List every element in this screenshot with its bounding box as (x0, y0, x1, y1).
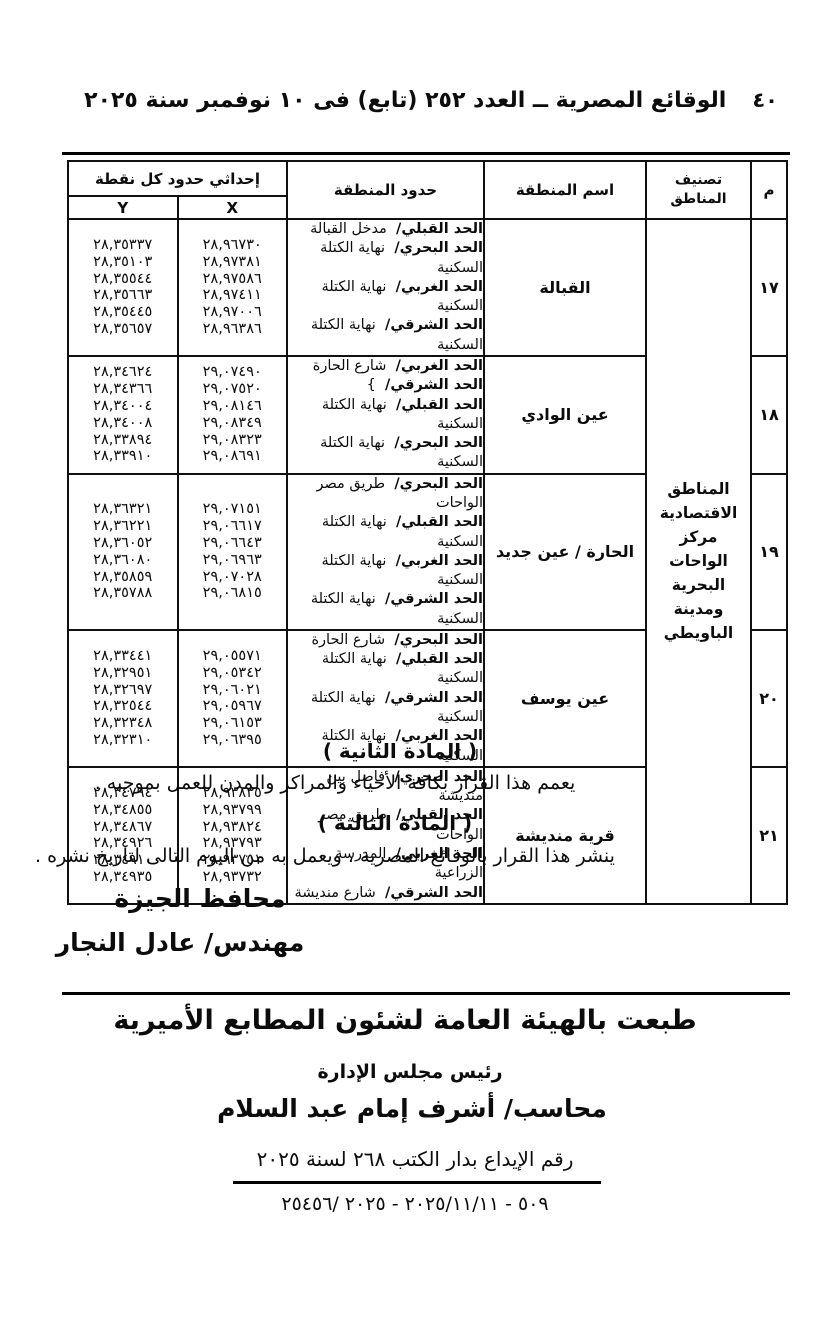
y-coordinate-value: ٢٨,٣٥٧٨٨ (69, 585, 177, 602)
boundaries-cell: الحد الغربي/ شارع الحارةالحد الشرقي/ }ال… (287, 356, 484, 474)
x-coordinate-value: ٢٩,٠٦٨١٥ (179, 585, 287, 602)
boundary-line: الحد الغربي/ نهاية الكتلة السكنية (288, 552, 483, 591)
boundary-label: الحد الشرقي/ (385, 317, 483, 333)
y-coordinate-value: ٢٨,٣٣٨٩٤ (69, 432, 177, 449)
x-coordinate-value: ٢٩,٠٨١٤٦ (179, 398, 287, 415)
boundary-label: الحد الشرقي/ (385, 591, 483, 607)
table-row: ١٧المناطق الاقتصادية مركز الواحات البحري… (68, 219, 787, 356)
chairman-name: محاسب/ أشرف إمام عبد السلام (217, 1094, 607, 1123)
x-coordinate-value: ٢٩,٠٦٩٦٣ (179, 552, 287, 569)
x-coordinates-cell: ٢٩,٠٧١٥١٢٩,٠٦٦١٧٢٩,٠٦٦٤٣٢٩,٠٦٩٦٣٢٩,٠٧٠٢٨… (178, 474, 288, 630)
boundary-label: الحد القبلي/ (396, 221, 483, 237)
y-coordinate-value: ٢٨,٣٤٦٢٤ (69, 364, 177, 381)
y-coordinate-value: ٢٨,٣٣٩١٠ (69, 448, 177, 465)
boundary-label: الحد الغربي/ (396, 279, 483, 295)
x-coordinate-value: ٢٨,٩٧٠٠٦ (179, 304, 287, 321)
boundary-label: الحد الشرقي/ (385, 690, 483, 706)
col-header-x: X (178, 196, 288, 219)
boundary-label: الحد القبلي/ (396, 514, 483, 530)
boundary-label: الحد القبلي/ (396, 651, 483, 667)
boundary-label: الحد البحري/ (394, 435, 483, 451)
y-coordinate-value: ٢٨,٣٥٥٤٤ (69, 271, 177, 288)
y-coordinate-value: ٢٨,٣٥٨٥٩ (69, 569, 177, 586)
article-two-body: يعمم هذا القرار بكافة الأحياء والمراكز و… (95, 772, 576, 794)
y-coordinate-value: ٢٨,٣٣٤٤١ (69, 648, 177, 665)
printing-authority-line: طبعت بالهيئة العامة لشئون المطابع الأمير… (113, 1005, 696, 1036)
y-coordinates-cell: ٢٨,٣٤٦٢٤٢٨,٣٤٣٦٦٢٨,٣٤٠٠٤٢٨,٣٤٠٠٨٢٨,٣٣٨٩٤… (68, 356, 178, 474)
page-header: ٤٠ الوقائع المصرية ــ العدد ٢٥٢ (تابع) ف… (60, 88, 778, 113)
x-coordinate-value: ٢٨,٩٦٧٣٠ (179, 237, 287, 254)
article-two-title: ( المادة الثانية ) (60, 739, 740, 763)
boundary-line: الحد الغربي/ شارع الحارة (288, 357, 483, 376)
serial-cell: ٢١ (751, 767, 787, 904)
article-three-body: ينشر هذا القرار بالوقائع المصرية ، ويعمل… (35, 845, 615, 867)
governor-title: محافظ الجيزة (114, 884, 285, 913)
x-coordinate-value: ٢٩,٠٦٦٤٣ (179, 535, 287, 552)
deposit-rule (233, 1181, 601, 1184)
col-header-y: Y (68, 196, 178, 219)
y-coordinate-value: ٢٨,٣٢٦٩٧ (69, 682, 177, 699)
region-name-cell: عين الوادي (484, 356, 646, 474)
y-coordinate-value: ٢٨,٣٦٠٨٠ (69, 552, 177, 569)
table-head: م تصنيف المناطق اسم المنطقة حدود المنطقة… (68, 161, 787, 219)
x-coordinate-value: ٢٩,٠٥٥٧١ (179, 648, 287, 665)
y-coordinate-value: ٢٨,٣٤٣٦٦ (69, 381, 177, 398)
boundary-label: الحد الغربي/ (396, 553, 483, 569)
serial-cell: ١٩ (751, 474, 787, 630)
x-coordinates-cell: ٢٩,٠٧٤٩٠٢٩,٠٧٥٢٠٢٩,٠٨١٤٦٢٩,٠٨٣٤٩٢٩,٠٨٣٢٣… (178, 356, 288, 474)
y-coordinate-value: ٢٨,٣٦٣٢١ (69, 501, 177, 518)
boundary-line: الحد القبلي/ نهاية الكتلة السكنية (288, 513, 483, 552)
gazette-header-title: الوقائع المصرية ــ العدد ٢٥٢ (تابع) فى ١… (84, 88, 726, 113)
region-name-cell: الحارة / عين جديد (484, 474, 646, 630)
region-name-cell: القبالة (484, 219, 646, 356)
boundary-label: الحد الشرقي/ (385, 885, 483, 901)
x-coordinate-value: ٢٩,٠٦٦١٧ (179, 518, 287, 535)
col-header-region-name: اسم المنطقة (484, 161, 646, 219)
boundary-line: الحد الغربي/ نهاية الكتلة السكنية (288, 278, 483, 317)
boundary-label: الحد البحري/ (394, 240, 483, 256)
boundaries-cell: الحد القبلي/ مدخل القبالةالحد البحري/ نه… (287, 219, 484, 356)
boundary-line: الحد البحري/ نهاية الكتلة السكنية (288, 434, 483, 473)
boundary-line: الحد البحري/ طريق مصر الواحات (288, 475, 483, 514)
x-coordinates-cell: ٢٨,٩٦٧٣٠٢٨,٩٧٣٨١٢٨,٩٧٥٨٦٢٨,٩٧٤١١٢٨,٩٧٠٠٦… (178, 219, 288, 356)
serial-cell: ١٧ (751, 219, 787, 356)
x-coordinate-value: ٢٩,٠٧١٥١ (179, 501, 287, 518)
gazette-page: ٤٠ الوقائع المصرية ــ العدد ٢٥٢ (تابع) ف… (0, 0, 830, 1324)
governor-name: مهندس/ عادل النجار (56, 928, 305, 957)
boundary-line: الحد الشرقي/ نهاية الكتلة السكنية (288, 590, 483, 629)
boundary-label: الحد القبلي/ (396, 397, 483, 413)
y-coordinates-cell: ٢٨,٣٦٣٢١٢٨,٣٦٢٢١٢٨,٣٦٠٥٢٢٨,٣٦٠٨٠٢٨,٣٥٨٥٩… (68, 474, 178, 630)
boundary-line: الحد البحري/ شارع الحارة (288, 631, 483, 650)
x-coordinate-value: ٢٨,٩٦٣٨٦ (179, 321, 287, 338)
y-coordinate-value: ٢٨,٣٢٥٤٤ (69, 698, 177, 715)
boundary-line: الحد القبلي/ مدخل القبالة (288, 220, 483, 239)
x-coordinate-value: ٢٨,٩٧٤١١ (179, 287, 287, 304)
x-coordinate-value: ٢٩,٠٧٠٢٨ (179, 569, 287, 586)
boundary-line: الحد الشرقي/ شارع منديشة (288, 884, 483, 903)
x-coordinate-value: ٢٩,٠٨٣٢٣ (179, 432, 287, 449)
boundary-label: الحد البحري/ (394, 476, 483, 492)
y-coordinate-value: ٢٨,٣٥٦٥٧ (69, 321, 177, 338)
y-coordinate-value: ٢٨,٣٥٣٣٧ (69, 237, 177, 254)
serial-cell: ١٨ (751, 356, 787, 474)
page-number: ٤٠ (752, 88, 778, 112)
y-coordinate-value: ٢٨,٣٥٤٤٥ (69, 304, 177, 321)
y-coordinate-value: ٢٨,٣٦٠٥٢ (69, 535, 177, 552)
deposit-number-line: رقم الإيداع بدار الكتب ٢٦٨ لسنة ٢٠٢٥ (257, 1147, 574, 1171)
y-coordinates-cell: ٢٨,٣٥٣٣٧٢٨,٣٥١٠٣٢٨,٣٥٥٤٤٢٨,٣٥٦٦٣٢٨,٣٥٤٤٥… (68, 219, 178, 356)
x-coordinate-value: ٢٩,٠٥٩٦٧ (179, 698, 287, 715)
col-header-coordinates: إحداثي حدود كل نقطة (68, 161, 287, 196)
y-coordinate-value: ٢٨,٣٤٠٠٨ (69, 415, 177, 432)
x-coordinate-value: ٢٩,٠٥٣٤٢ (179, 665, 287, 682)
y-coordinate-value: ٢٨,٣٤٠٠٤ (69, 398, 177, 415)
classification-cell: المناطق الاقتصادية مركز الواحات البحرية … (646, 219, 751, 904)
print-code-line: ٥٠٩ - ٢٠٢٥/١١/١١ - ٢٠٢٥ /٢٥٤٥٦ (281, 1193, 548, 1215)
boundary-line: الحد القبلي/ نهاية الكتلة السكنية (288, 650, 483, 689)
x-coordinate-value: ٢٨,٩٧٥٨٦ (179, 271, 287, 288)
article-three-title: ( المادة الثالثة ) (55, 811, 735, 835)
y-coordinate-value: ٢٨,٣٢٩٥١ (69, 665, 177, 682)
serial-cell: ٢٠ (751, 630, 787, 767)
boundary-line: الحد الشرقي/ } (288, 376, 483, 395)
header-rule (62, 152, 790, 155)
boundary-label: الحد الشرقي/ (385, 377, 483, 393)
boundary-line: الحد البحري/ نهاية الكتلة السكنية (288, 239, 483, 278)
chairman-title: رئيس مجلس الإدارة (317, 1061, 502, 1083)
boundaries-cell: الحد البحري/ طريق مصر الواحاتالحد القبلي… (287, 474, 484, 630)
x-coordinate-value: ٢٩,٠٧٥٢٠ (179, 381, 287, 398)
table-body: ١٧المناطق الاقتصادية مركز الواحات البحري… (68, 219, 787, 904)
y-coordinate-value: ٢٨,٣٥١٠٣ (69, 254, 177, 271)
col-header-boundaries: حدود المنطقة (287, 161, 484, 219)
boundary-line: الحد الشرقي/ نهاية الكتلة السكنية (288, 689, 483, 728)
boundary-line: الحد الشرقي/ نهاية الكتلة السكنية (288, 316, 483, 355)
col-header-classification: تصنيف المناطق (646, 161, 751, 219)
x-coordinate-value: ٢٩,٠٦٠٢١ (179, 682, 287, 699)
footer-rule (62, 992, 790, 995)
x-coordinate-value: ٢٨,٩٧٣٨١ (179, 254, 287, 271)
y-coordinate-value: ٢٨,٣٢٣٤٨ (69, 715, 177, 732)
y-coordinate-value: ٢٨,٣٥٦٦٣ (69, 287, 177, 304)
x-coordinate-value: ٢٩,٠٦١٥٣ (179, 715, 287, 732)
x-coordinate-value: ٢٩,٠٨٣٤٩ (179, 415, 287, 432)
boundary-label: الحد الغربي/ (396, 358, 483, 374)
x-coordinate-value: ٢٩,٠٨٦٩١ (179, 448, 287, 465)
boundary-label: الحد البحري/ (394, 632, 483, 648)
x-coordinate-value: ٢٩,٠٧٤٩٠ (179, 364, 287, 381)
y-coordinate-value: ٢٨,٣٦٢٢١ (69, 518, 177, 535)
boundary-line: الحد القبلي/ نهاية الكتلة السكنية (288, 396, 483, 435)
col-header-serial: م (751, 161, 787, 219)
